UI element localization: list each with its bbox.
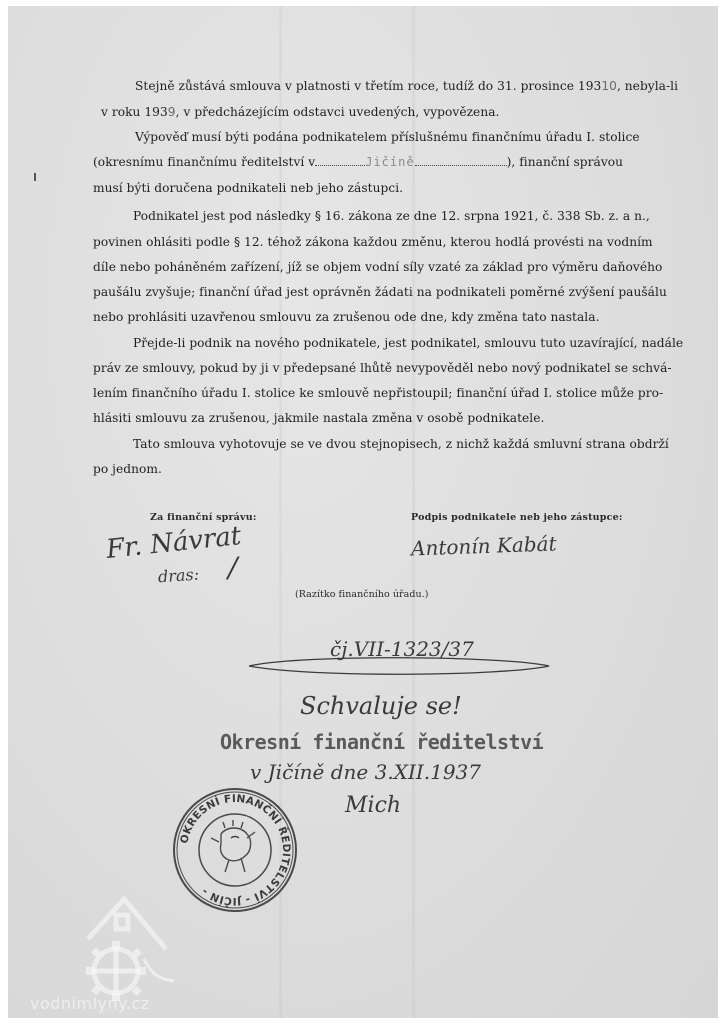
paragraph-3-line-4: paušálu zvyšuje; finanční úřad jest oprá… [93,285,667,299]
finance-admin-signature: Fr. Návrat [105,521,243,565]
paragraph-4-line-3: lením finančního úřadu I. stolice ke sml… [93,386,663,400]
text: povinen ohlásiti podle § 12. téhož zákon… [93,235,653,249]
paragraph-3-line-1: Podnikatel jest pod následky § 16. zákon… [133,209,650,223]
text: Podnikatel jest pod následky § 16. zákon… [133,209,650,223]
handwritten-year-digit: 10 [601,79,617,93]
dotted-fill [315,155,365,166]
text: lením finančního úřadu I. stolice ke sml… [93,386,663,400]
text: , nebyla-li [617,79,678,93]
lion-emblem-icon [211,820,255,872]
signature-mark: / [228,551,237,584]
text: Přejde-li podnik na nového podnikatele, … [133,336,683,350]
paragraph-4-line-1: Přejde-li podnik na nového podnikatele, … [133,336,683,350]
paragraph-1-line-1: Stejně zůstává smlouva v platnosti v tře… [135,79,678,93]
underline-stroke [244,654,554,680]
handwritten-year-digit: 9 [168,105,176,119]
text: Tato smlouva vyhotovuje se ve dvou stejn… [133,437,669,451]
text: po jednom. [93,462,162,476]
entrepreneur-signature-label: Podpis podnikatele neb jeho zástupce: [411,512,623,523]
paragraph-2-line-3: musí býti doručena podnikateli neb jeho … [93,181,403,195]
office-stamp: Okresní finanční ředitelství [220,730,543,754]
place-and-date: v Jičíně dne 3.XII.1937 [250,760,481,784]
paragraph-3-line-5: nebo prohlásiti uzavřenou smlouvu za zru… [93,310,600,324]
handwritten-approval: Schvaluje se! [300,692,462,720]
text: ), finanční správou [507,155,624,169]
text: musí býti doručena podnikateli neb jeho … [93,181,403,195]
entrepreneur-signature: Antonín Kabát [411,531,557,560]
text: , v předcházejícím odstavci uvedených, v… [176,105,500,119]
paragraph-4-line-2: práv ze smlouvy, pokud by ji v předepsan… [93,361,672,375]
paragraph-5-line-1: Tato smlouva vyhotovuje se ve dvou stejn… [133,437,669,451]
text: práv ze smlouvy, pokud by ji v předepsan… [93,361,672,375]
paragraph-3-line-2: povinen ohlásiti podle § 12. téhož zákon… [93,235,653,249]
paragraph-1-line-2: v roku 1939, v předcházejícím odstavci u… [101,105,499,119]
watermark-text: vodnimlyny.cz [30,994,150,1013]
stamp-placeholder-label: (Razítko finančního úřadu.) [295,589,429,600]
text: Výpověď musí býti podána podnikatelem př… [135,130,640,144]
paragraph-4-line-4: hlásiti smlouvu za zrušenou, jakmile nas… [93,411,544,425]
text: díle nebo poháněném zařízení, jíž se obj… [93,260,662,274]
paragraph-3-line-3: díle nebo poháněném zařízení, jíž se obj… [93,260,662,274]
paragraph-2-line-1: Výpověď musí býti podána podnikatelem př… [135,130,640,144]
dotted-fill [415,155,507,166]
text: Stejně zůstává smlouva v platnosti v tře… [135,79,601,93]
text: hlásiti smlouvu za zrušenou, jakmile nas… [93,411,544,425]
finance-admin-signature-sub: dras: [157,565,199,587]
text: paušálu zvyšuje; finanční úřad jest oprá… [93,285,667,299]
paragraph-5-line-2: po jednom. [93,462,162,476]
text: nebo prohlásiti uzavřenou smlouvu za zru… [93,310,600,324]
text: (okresnímu finančnímu ředitelství v [93,155,315,169]
paragraph-2-line-2: (okresnímu finančnímu ředitelství vJičín… [93,155,623,169]
margin-mark [34,173,36,181]
official-initials: Mich [345,793,401,818]
document-page: Stejně zůstává smlouva v platnosti v tře… [8,6,718,1018]
typed-place-name: Jičíně [365,155,414,169]
text: v roku 193 [101,105,168,119]
finance-admin-label: Za finanční správu: [150,512,257,523]
